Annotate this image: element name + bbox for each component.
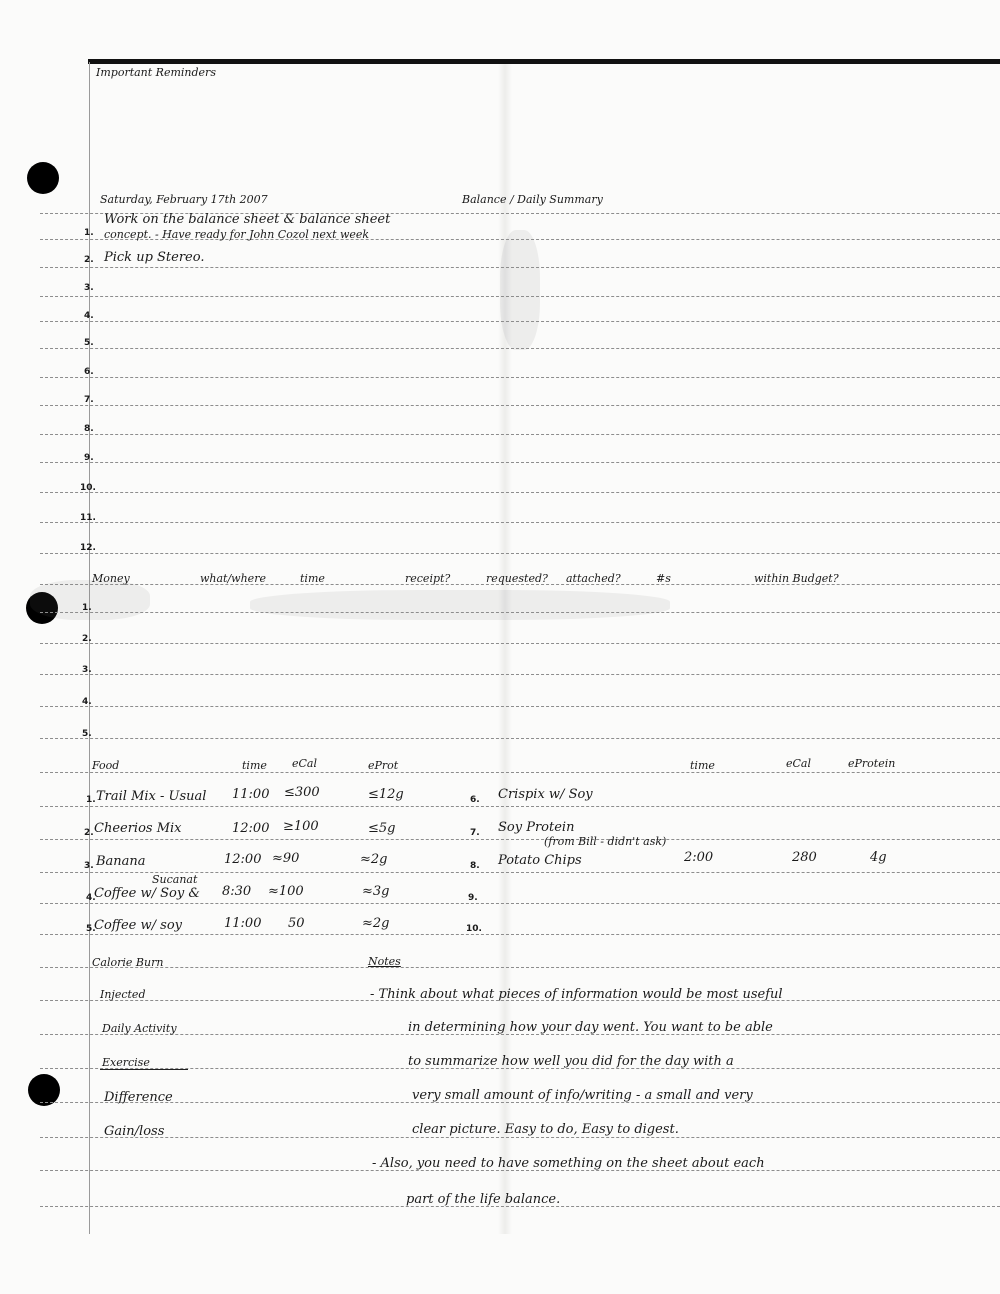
notes-title: Notes [368,955,401,968]
notes-line: to summarize how well you did for the da… [408,1054,734,1069]
punch-hole-top [27,162,59,194]
notes-line: very small amount of info/writing - a sm… [412,1088,753,1103]
reminder-item-1-line2: concept. - Have ready for John Cozol nex… [104,228,369,241]
calorie-burn-title: Calorie Burn [92,956,163,969]
reminder-item-1-line1: Work on the balance sheet & balance shee… [104,212,390,227]
calorie-burn-item: Daily Activity [102,1022,177,1035]
date-label: Saturday, February 17th 2007 [100,193,268,206]
scan-smudge [500,230,540,350]
exercise-underline [100,1069,188,1070]
scan-smudge [250,590,670,620]
calorie-burn-item: Difference [104,1090,173,1105]
calorie-burn-item: Exercise [102,1056,150,1069]
reminder-item-2: Pick up Stereo. [104,250,204,265]
notes-line: - Think about what pieces of information… [370,987,783,1002]
calorie-burn-item: Gain/loss [104,1124,164,1139]
scan-smudge [30,580,150,620]
notes-line: in determining how your day went. You wa… [408,1020,773,1035]
page-top-edge [88,59,1000,64]
notes-line: clear picture. Easy to do, Easy to diges… [412,1122,679,1137]
section-title: Balance / Daily Summary [462,193,603,206]
notes-line: part of the life balance. [406,1192,560,1207]
notebook-page: Important Reminders Saturday, February 1… [0,0,1000,1294]
notes-line: - Also, you need to have something on th… [372,1156,765,1171]
calorie-burn-item: Injected [100,988,145,1001]
page-title: Important Reminders [96,66,216,79]
